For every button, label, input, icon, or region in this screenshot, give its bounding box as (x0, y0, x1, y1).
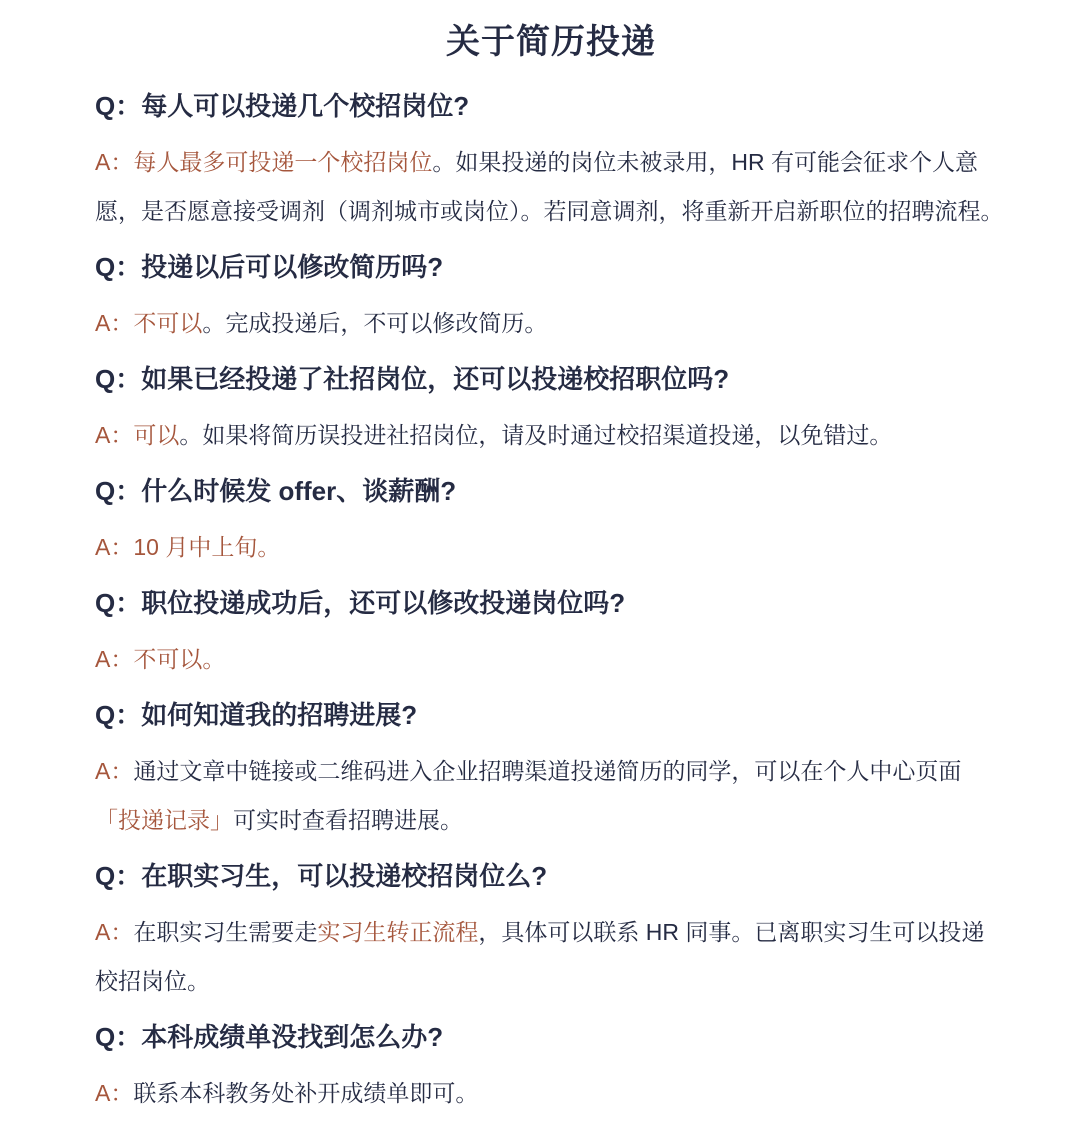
answer-segment: 通过文章中链接或二维码进入企业招聘渠道投递简历的同学，可以在个人中心页面 (133, 758, 961, 784)
answer-segment-accent: 「投递记录」 (95, 807, 233, 833)
question-progress: Q：如何知道我的招聘进展? (95, 691, 1007, 740)
page-title: 关于简历投递 (95, 20, 1007, 64)
answer-segment: 。完成投递后，不可以修改简历。 (202, 310, 547, 336)
answer-edit-resume: A：不可以。完成投递后，不可以修改简历。 (95, 299, 1007, 348)
answer-segment-accent: A：不可以 (95, 310, 202, 336)
answer-segment: 在职实习生需要走 (133, 919, 317, 945)
answer-segment-accent: A：不可以。 (95, 646, 225, 672)
answer-segment-accent: 实习生转正流程 (317, 919, 478, 945)
answer-segment-accent: A：可以 (95, 422, 179, 448)
question-intern-apply: Q：在职实习生，可以投递校招岗位么? (95, 852, 1007, 901)
question-resume-count: Q：每人可以投递几个校招岗位? (95, 82, 1007, 131)
answer-progress: A：通过文章中链接或二维码进入企业招聘渠道投递简历的同学，可以在个人中心页面「投… (95, 747, 1007, 845)
faq-page: 关于简历投递 Q：每人可以投递几个校招岗位? A：每人最多可投递一个校招岗位。如… (0, 0, 1080, 1144)
answer-change-position: A：不可以。 (95, 635, 1007, 684)
answer-segment-accent: A： (95, 758, 133, 784)
answer-segment: 。如果将简历误投进社招岗位，请及时通过校招渠道投递，以免错过。 (179, 422, 892, 448)
answer-social-vs-campus: A：可以。如果将简历误投进社招岗位，请及时通过校招渠道投递，以免错过。 (95, 411, 1007, 460)
answer-segment-accent: A：10 月中上旬。 (95, 534, 280, 560)
question-change-position: Q：职位投递成功后，还可以修改投递岗位吗? (95, 579, 1007, 628)
question-transcript: Q：本科成绩单没找到怎么办? (95, 1013, 1007, 1062)
answer-offer-time: A：10 月中上旬。 (95, 523, 1007, 572)
answer-segment-accent: A： (95, 919, 133, 945)
answer-segment-accent: A： (95, 1080, 133, 1106)
question-offer-time: Q：什么时候发 offer、谈薪酬? (95, 467, 1007, 516)
question-social-vs-campus: Q：如果已经投递了社招岗位，还可以投递校招职位吗? (95, 355, 1007, 404)
answer-segment: 可实时查看招聘进展。 (233, 807, 463, 833)
answer-resume-count: A：每人最多可投递一个校招岗位。如果投递的岗位未被录用，HR 有可能会征求个人意… (95, 138, 1007, 236)
answer-segment: 联系本科教务处补开成绩单即可。 (133, 1080, 478, 1106)
faq-list: Q：每人可以投递几个校招岗位? A：每人最多可投递一个校招岗位。如果投递的岗位未… (95, 82, 1007, 1118)
question-edit-resume: Q：投递以后可以修改简历吗? (95, 243, 1007, 292)
answer-intern-apply: A：在职实习生需要走实习生转正流程，具体可以联系 HR 同事。已离职实习生可以投… (95, 908, 1007, 1006)
answer-segment-accent: A：每人最多可投递一个校招岗位 (95, 149, 432, 175)
answer-transcript: A：联系本科教务处补开成绩单即可。 (95, 1069, 1007, 1118)
